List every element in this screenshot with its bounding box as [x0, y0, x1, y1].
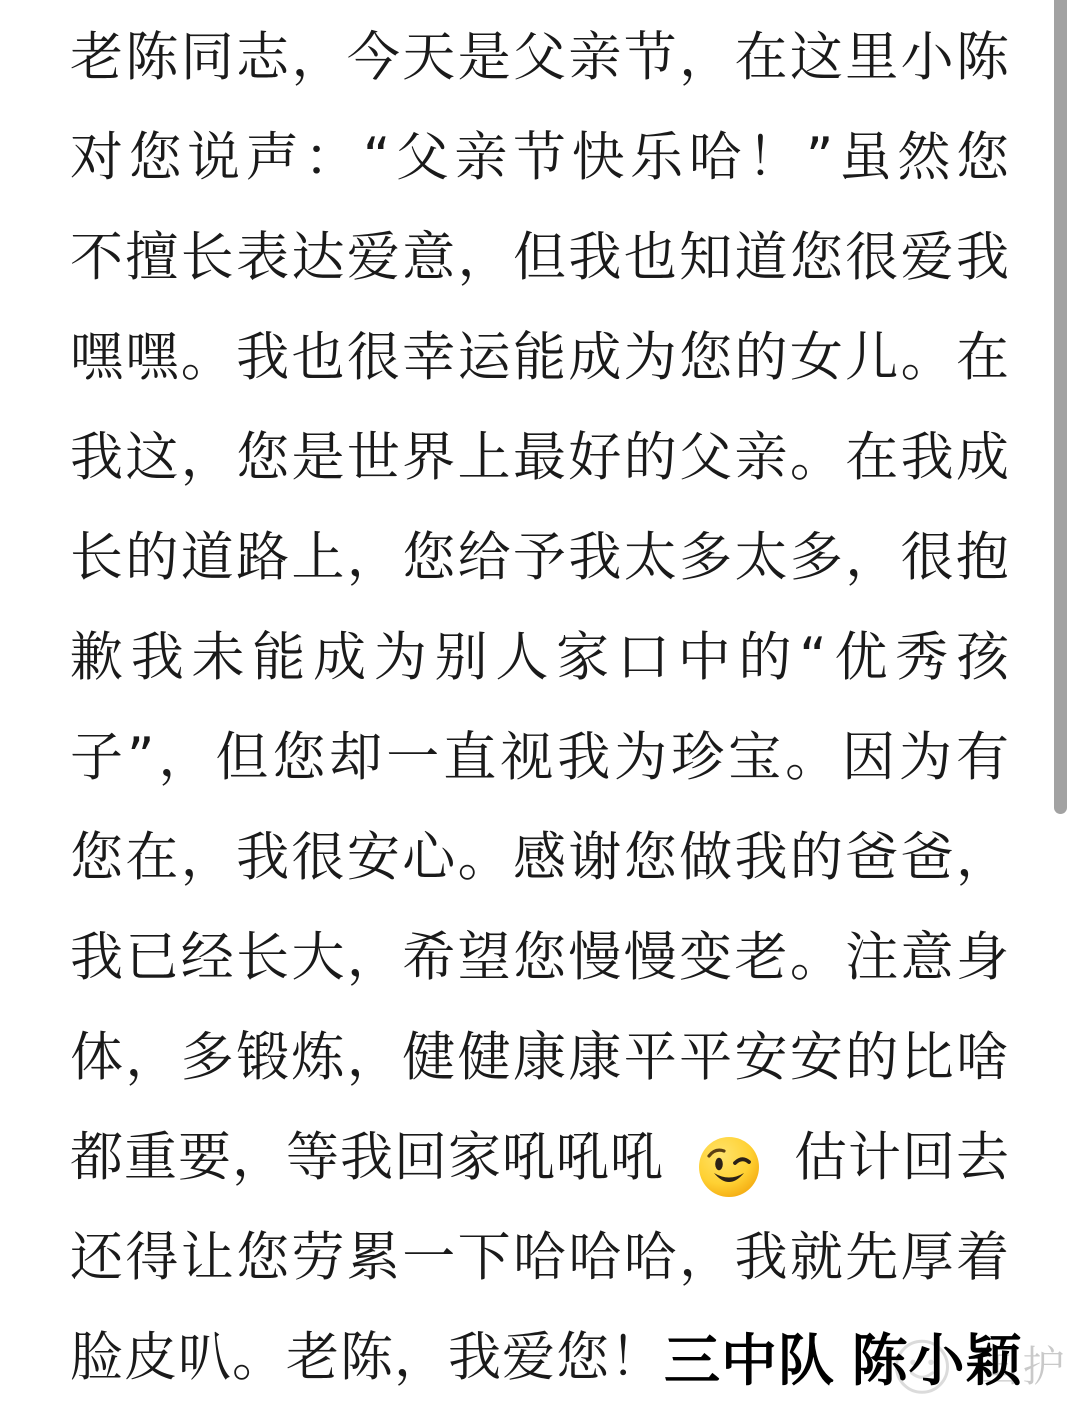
- letter-line-6: 长的道路上，您给予我太多太多，很抱: [70, 508, 1010, 608]
- letter-line-8: 子”，但您却一直视我为珍宝。因为有: [70, 708, 1010, 808]
- letter-line-12: 都重要，等我回家吼吼吼 估计回去: [70, 1108, 1010, 1208]
- letter-line-13: 还得让您劳累一下哈哈哈，我就先厚着: [70, 1208, 1010, 1308]
- letter-line-3: 不擅长表达爱意，但我也知道您很爱我: [70, 208, 1010, 308]
- line12-text-post: 估计回去: [794, 1108, 1010, 1208]
- letter-line-4: 嘿嘿。我也很幸运能成为您的女儿。在: [70, 308, 1010, 408]
- letter-line-11: 体，多锻炼，健健康康平平安安的比啥: [70, 1008, 1010, 1108]
- closing-text: 脸皮叭。老陈，我爱您！: [70, 1308, 664, 1408]
- letter-line-7: 歉我未能成为别人家口中的“优秀孩: [70, 608, 1010, 708]
- winking-face-emoji: [697, 1132, 761, 1196]
- signature-text: 三中队 陈小颖: [664, 1311, 1023, 1411]
- letter-line-5: 我这，您是世界上最好的父亲。在我成: [70, 408, 1010, 508]
- handwritten-letter-page: 老陈同志，今天是父亲节，在这里小陈 对您说声：“父亲节快乐哈！”虽然您 不擅长表…: [0, 0, 1080, 1418]
- line12-text-pre: 都重要，等我回家吼吼吼: [70, 1108, 664, 1208]
- letter-line-2: 对您说声：“父亲节快乐哈！”虽然您: [70, 108, 1010, 208]
- letter-line-1: 老陈同志，今天是父亲节，在这里小陈: [70, 8, 1010, 108]
- letter-line-10: 我已经长大，希望您慢慢变老。注意身: [70, 908, 1010, 1008]
- signature-block: 国护 三中队 陈小颖: [664, 1311, 1023, 1411]
- letter-line-9: 您在，我很安心。感谢您做我的爸爸，: [70, 808, 1010, 908]
- letter-line-14: 脸皮叭。老陈，我爱您！ 国护 三中队 陈小颖: [70, 1308, 1010, 1408]
- scrollbar-thumb[interactable]: [1054, 0, 1067, 814]
